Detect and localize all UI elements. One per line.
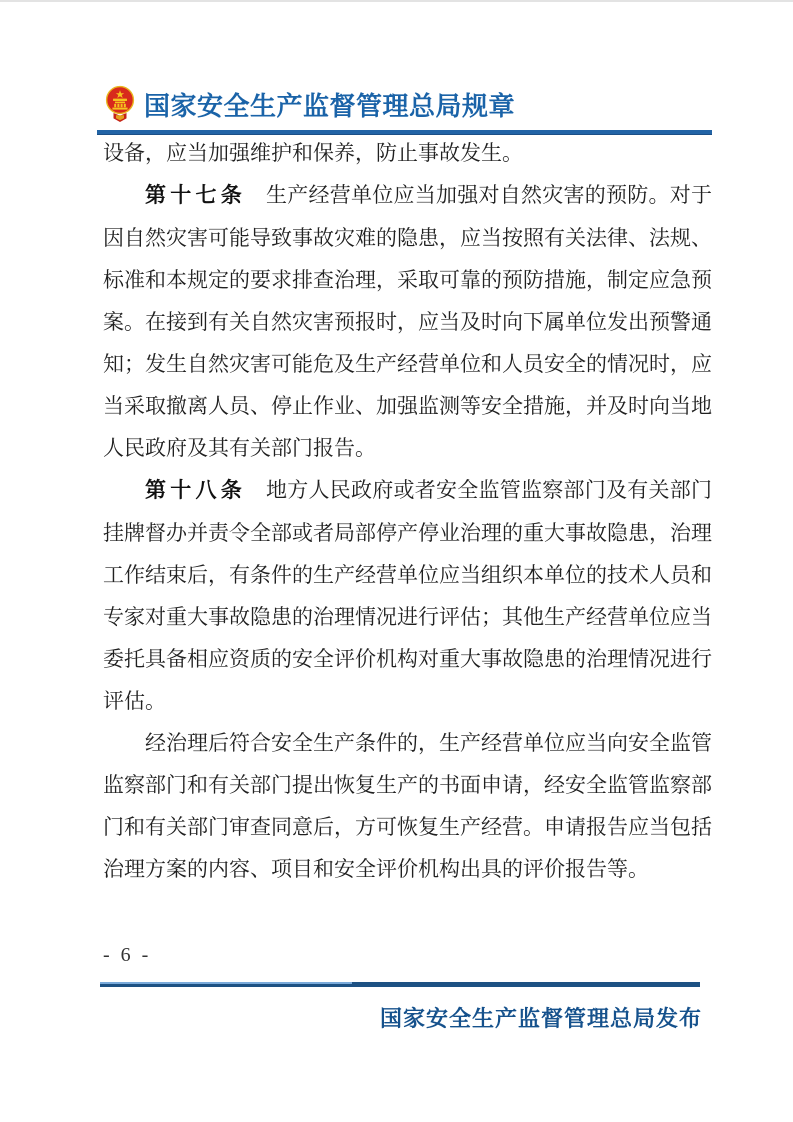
publisher-line: 国家安全生产监督管理总局发布 <box>380 1002 702 1033</box>
footer-rule-highlight <box>100 982 352 984</box>
paragraph-text: 经治理后符合安全生产条件的，生产经营单位应当向安全监管监察部门和有关部门提出恢复… <box>103 731 712 881</box>
document-header: 国家安全生产监督管理总局规章 <box>104 84 515 124</box>
paragraph-lead: 第十七条 <box>145 184 246 207</box>
body-paragraph: 经治理后符合安全生产条件的，生产经营单位应当向安全监管监察部门和有关部门提出恢复… <box>103 722 712 890</box>
paragraph-lead: 第十八条 <box>145 479 246 502</box>
national-emblem-icon <box>104 85 136 123</box>
document-body: 设备，应当加强维护和保养，防止事故发生。 第十七条生产经营单位应当加强对自然灾害… <box>103 132 712 890</box>
paragraph-text: 生产经营单位应当加强对自然灾害的预防。对于因自然灾害可能导致事故灾难的隐患，应当… <box>103 183 712 460</box>
document-page: 国家安全生产监督管理总局规章 设备，应当加强维护和保养，防止事故发生。 第十七条… <box>0 0 793 1122</box>
header-title: 国家安全生产监督管理总局规章 <box>144 86 515 123</box>
page-top-edge-line <box>0 0 793 2</box>
body-paragraph: 设备，应当加强维护和保养，防止事故发生。 <box>103 132 712 174</box>
body-paragraph: 第十七条生产经营单位应当加强对自然灾害的预防。对于因自然灾害可能导致事故灾难的隐… <box>103 174 712 469</box>
paragraph-text: 地方人民政府或者安全监管监察部门及有关部门挂牌督办并责令全部或者局部停产停业治理… <box>103 478 712 713</box>
body-paragraph: 第十八条地方人民政府或者安全监管监察部门及有关部门挂牌督办并责令全部或者局部停产… <box>103 469 712 722</box>
footer-rule <box>100 982 700 987</box>
paragraph-text: 设备，应当加强维护和保养，防止事故发生。 <box>103 141 523 165</box>
page-number: - 6 - <box>103 944 151 967</box>
